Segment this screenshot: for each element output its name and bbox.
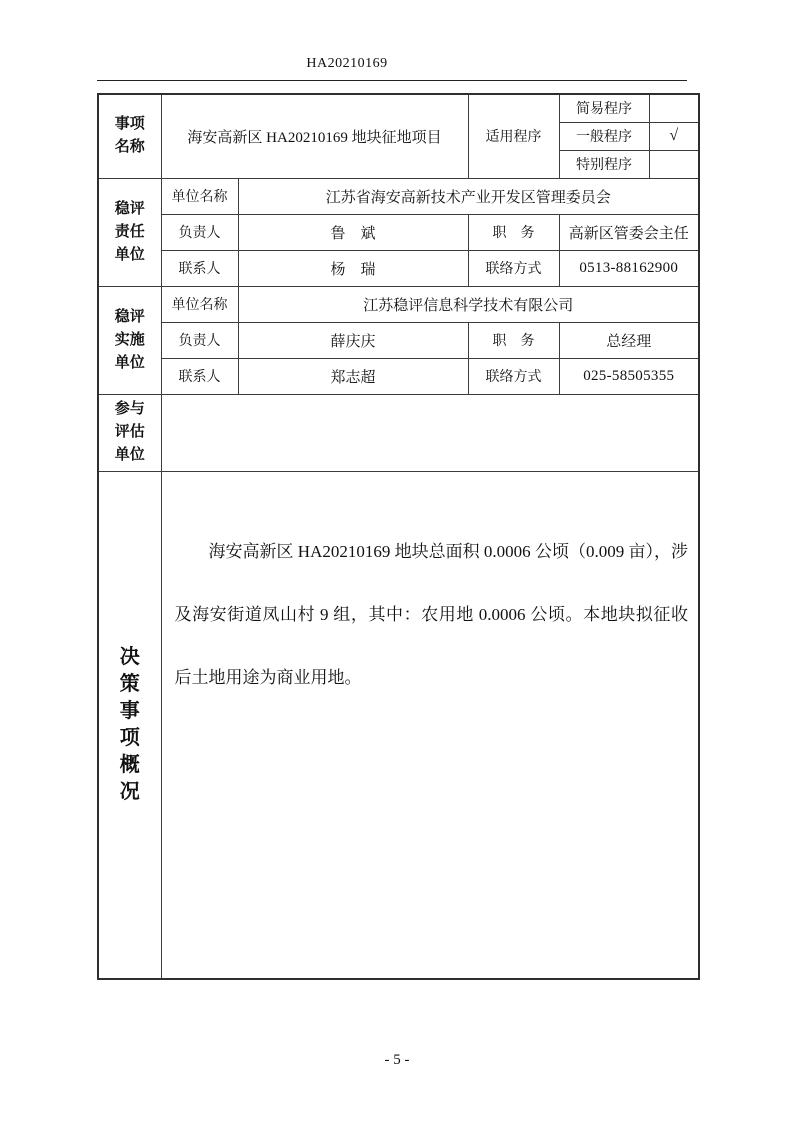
item-name-row: 事项名称 海安高新区 HA20210169 地块征地项目 适用程序 简易程序 xyxy=(98,94,699,122)
participating-units-label-cell: 参与评估单位 xyxy=(98,394,161,471)
assessment-form-table: 事项名称 海安高新区 HA20210169 地块征地项目 适用程序 简易程序 一… xyxy=(97,93,700,980)
implementation-contact-label: 联系人 xyxy=(161,358,238,394)
implementation-unit-label-cell: 稳评实施单位 xyxy=(98,286,161,394)
responsible-unit-name-row: 稳评责任单位 单位名称 江苏省海安高新技术产业开发区管理委员会 xyxy=(98,178,699,214)
document-header-code: HA20210169 xyxy=(306,56,387,72)
implementation-contact-row: 联系人 郑志超 联络方式 025-58505355 xyxy=(98,358,699,394)
participating-units-label: 参与评估单位 xyxy=(113,398,147,467)
procedure-check-special xyxy=(649,150,699,178)
responsible-contact-label: 联系人 xyxy=(161,250,238,286)
procedure-option-special: 特别程序 xyxy=(559,150,649,178)
implementation-head-label: 负责人 xyxy=(161,322,238,358)
decision-overview-label: 决策事项概况 xyxy=(119,644,141,806)
item-name-value-cell: 海安高新区 HA20210169 地块征地项目 xyxy=(161,94,468,178)
implementation-head-row: 负责人 薛庆庆 职 务 总经理 xyxy=(98,322,699,358)
responsible-head-value: 鲁 斌 xyxy=(238,214,468,250)
page-number: - 5 - xyxy=(0,1052,794,1069)
responsible-phone-label: 联络方式 xyxy=(468,250,559,286)
implementation-unit-name-value: 江苏稳评信息科学技术有限公司 xyxy=(238,286,699,322)
implementation-contact-value: 郑志超 xyxy=(238,358,468,394)
implementation-unit-label: 稳评实施单位 xyxy=(113,306,147,375)
implementation-title-label: 职 务 xyxy=(468,322,559,358)
responsible-head-row: 负责人 鲁 斌 职 务 高新区管委会主任 xyxy=(98,214,699,250)
responsible-head-label: 负责人 xyxy=(161,214,238,250)
procedure-check-simple xyxy=(649,94,699,122)
header-rule xyxy=(97,80,687,81)
responsible-unit-name-label: 单位名称 xyxy=(161,178,238,214)
procedure-option-simple: 简易程序 xyxy=(559,94,649,122)
responsible-unit-label-cell: 稳评责任单位 xyxy=(98,178,161,286)
implementation-unit-name-row: 稳评实施单位 单位名称 江苏稳评信息科学技术有限公司 xyxy=(98,286,699,322)
decision-overview-value-cell: 海安高新区 HA20210169 地块总面积 0.0006 公顷（0.009 亩… xyxy=(161,471,699,979)
responsible-contact-row: 联系人 杨 瑞 联络方式 0513-88162900 xyxy=(98,250,699,286)
responsible-unit-name-value: 江苏省海安高新技术产业开发区管理委员会 xyxy=(238,178,699,214)
item-name-label-cell: 事项名称 xyxy=(98,94,161,178)
procedure-check-general: √ xyxy=(649,122,699,150)
responsible-title-value: 高新区管委会主任 xyxy=(559,214,699,250)
implementation-title-value: 总经理 xyxy=(559,322,699,358)
decision-overview-text: 海安高新区 HA20210169 地块总面积 0.0006 公顷（0.009 亩… xyxy=(175,472,689,709)
procedure-option-general: 一般程序 xyxy=(559,122,649,150)
participating-units-row: 参与评估单位 xyxy=(98,394,699,471)
implementation-phone-value: 025-58505355 xyxy=(559,358,699,394)
implementation-unit-name-label: 单位名称 xyxy=(161,286,238,322)
decision-overview-label-cell: 决策事项概况 xyxy=(98,471,161,979)
implementation-head-value: 薛庆庆 xyxy=(238,322,468,358)
item-name-label: 事项名称 xyxy=(113,113,147,159)
responsible-title-label: 职 务 xyxy=(468,214,559,250)
responsible-phone-value: 0513-88162900 xyxy=(559,250,699,286)
procedure-label-cell: 适用程序 xyxy=(468,94,559,178)
responsible-unit-label: 稳评责任单位 xyxy=(113,198,147,267)
document-page: HA20210169 事项名称 海安高新区 HA20210169 地块征地项目 … xyxy=(0,0,794,1123)
implementation-phone-label: 联络方式 xyxy=(468,358,559,394)
decision-overview-row: 决策事项概况 海安高新区 HA20210169 地块总面积 0.0006 公顷（… xyxy=(98,471,699,979)
participating-units-value-cell xyxy=(161,394,699,471)
responsible-contact-value: 杨 瑞 xyxy=(238,250,468,286)
